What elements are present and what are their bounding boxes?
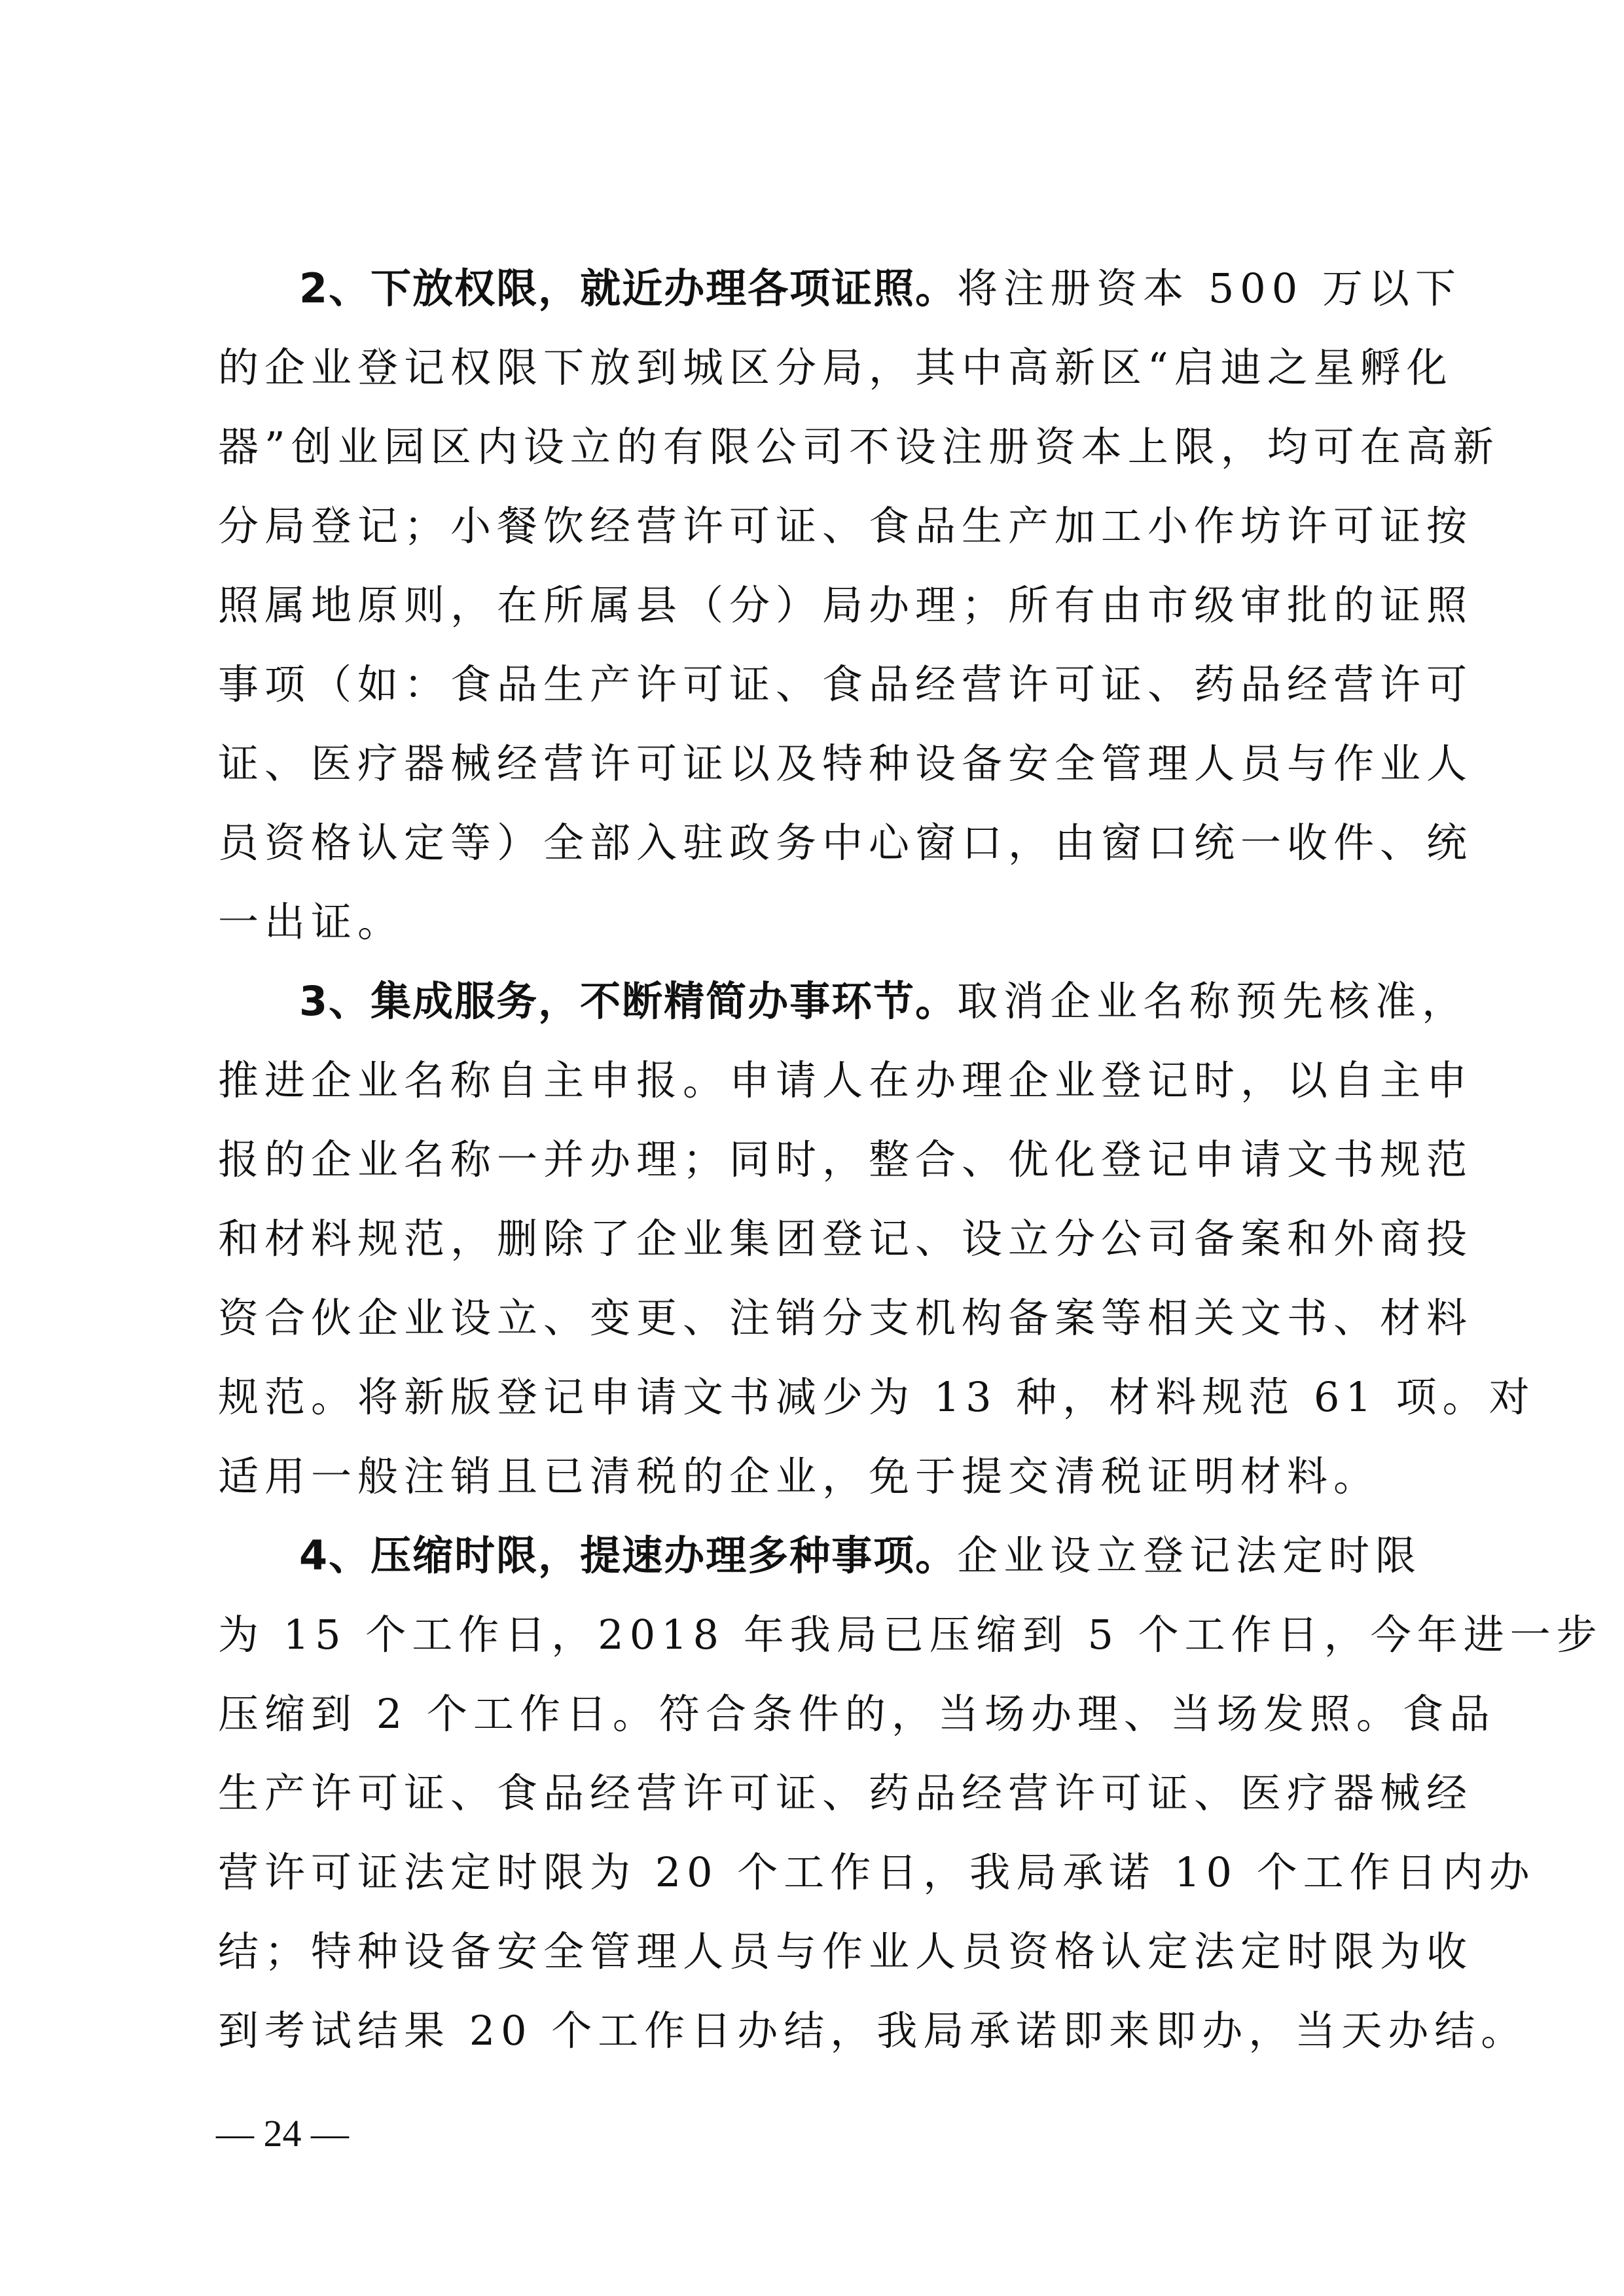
paragraph-line: 为 15 个工作日，2018 年我局已压缩到 5 个工作日，今年进一步	[218, 1595, 1422, 1674]
paragraph-line: 4、压缩时限，提速办理多种事项。企业设立登记法定时限	[218, 1516, 1422, 1595]
paragraph-line: 到考试结果 20 个工作日办结，我局承诺即来即办，当天办结。	[218, 1991, 1422, 2070]
paragraph-line: 推进企业名称自主申报。申请人在办理企业登记时，以自主申	[218, 1041, 1422, 1120]
paragraph-line: 报的企业名称一并办理；同时，整合、优化登记申请文书规范	[218, 1120, 1422, 1199]
paragraph-line: 分局登记；小餐饮经营许可证、食品生产加工小作坊许可证按	[218, 486, 1422, 565]
paragraph-line: 压缩到 2 个工作日。符合条件的，当场办理、当场发照。食品	[218, 1674, 1422, 1753]
paragraph-line: 营许可证法定时限为 20 个工作日，我局承诺 10 个工作日内办	[218, 1833, 1422, 1912]
document-page: 2、下放权限，就近办理各项证照。将注册资本 500 万以下 的企业登记权限下放到…	[0, 0, 1624, 2296]
paragraph-line: 结；特种设备安全管理人员与作业人员资格认定法定时限为收	[218, 1912, 1422, 1991]
document-body: 2、下放权限，就近办理各项证照。将注册资本 500 万以下 的企业登记权限下放到…	[218, 249, 1422, 2070]
paragraph-line: 2、下放权限，就近办理各项证照。将注册资本 500 万以下	[218, 249, 1422, 328]
paragraph-heading: 3、集成服务，不断精简办事环节。	[299, 977, 957, 1025]
paragraph-line: 3、集成服务，不断精简办事环节。取消企业名称预先核准，	[218, 961, 1422, 1041]
paragraph-2: 2、下放权限，就近办理各项证照。将注册资本 500 万以下 的企业登记权限下放到…	[218, 249, 1422, 961]
paragraph-line: 生产许可证、食品经营许可证、药品经营许可证、医疗器械经	[218, 1753, 1422, 1833]
paragraph-line: 资合伙企业设立、变更、注销分支机构备案等相关文书、材料	[218, 1278, 1422, 1357]
paragraph-line: 照属地原则，在所属县（分）局办理；所有由市级审批的证照	[218, 565, 1422, 645]
paragraph-line: 和材料规范，删除了企业集团登记、设立分公司备案和外商投	[218, 1199, 1422, 1278]
paragraph-text: 取消企业名称预先核准，	[957, 977, 1468, 1025]
page-number: — 24 —	[216, 2111, 349, 2157]
paragraph-line: 一出证。	[218, 882, 1422, 961]
paragraph-line: 器”创业园区内设立的有限公司不设注册资本上限，均可在高新	[218, 407, 1422, 486]
paragraph-4: 4、压缩时限，提速办理多种事项。企业设立登记法定时限 为 15 个工作日，201…	[218, 1516, 1422, 2070]
paragraph-heading: 4、压缩时限，提速办理多种事项。	[299, 1532, 957, 1579]
paragraph-text: 企业设立登记法定时限	[957, 1532, 1422, 1579]
paragraph-line: 规范。将新版登记申请文书减少为 13 种，材料规范 61 项。对	[218, 1357, 1422, 1437]
paragraph-line: 适用一般注销且已清税的企业，免于提交清税证明材料。	[218, 1437, 1422, 1516]
paragraph-line: 证、医疗器械经营许可证以及特种设备安全管理人员与作业人	[218, 724, 1422, 803]
paragraph-line: 的企业登记权限下放到城区分局，其中高新区“启迪之星孵化	[218, 328, 1422, 407]
paragraph-line: 事项（如：食品生产许可证、食品经营许可证、药品经营许可	[218, 645, 1422, 724]
paragraph-text: 将注册资本 500 万以下	[957, 264, 1462, 312]
paragraph-heading: 2、下放权限，就近办理各项证照。	[299, 264, 957, 312]
paragraph-line: 员资格认定等）全部入驻政务中心窗口，由窗口统一收件、统	[218, 803, 1422, 882]
paragraph-3: 3、集成服务，不断精简办事环节。取消企业名称预先核准， 推进企业名称自主申报。申…	[218, 961, 1422, 1516]
